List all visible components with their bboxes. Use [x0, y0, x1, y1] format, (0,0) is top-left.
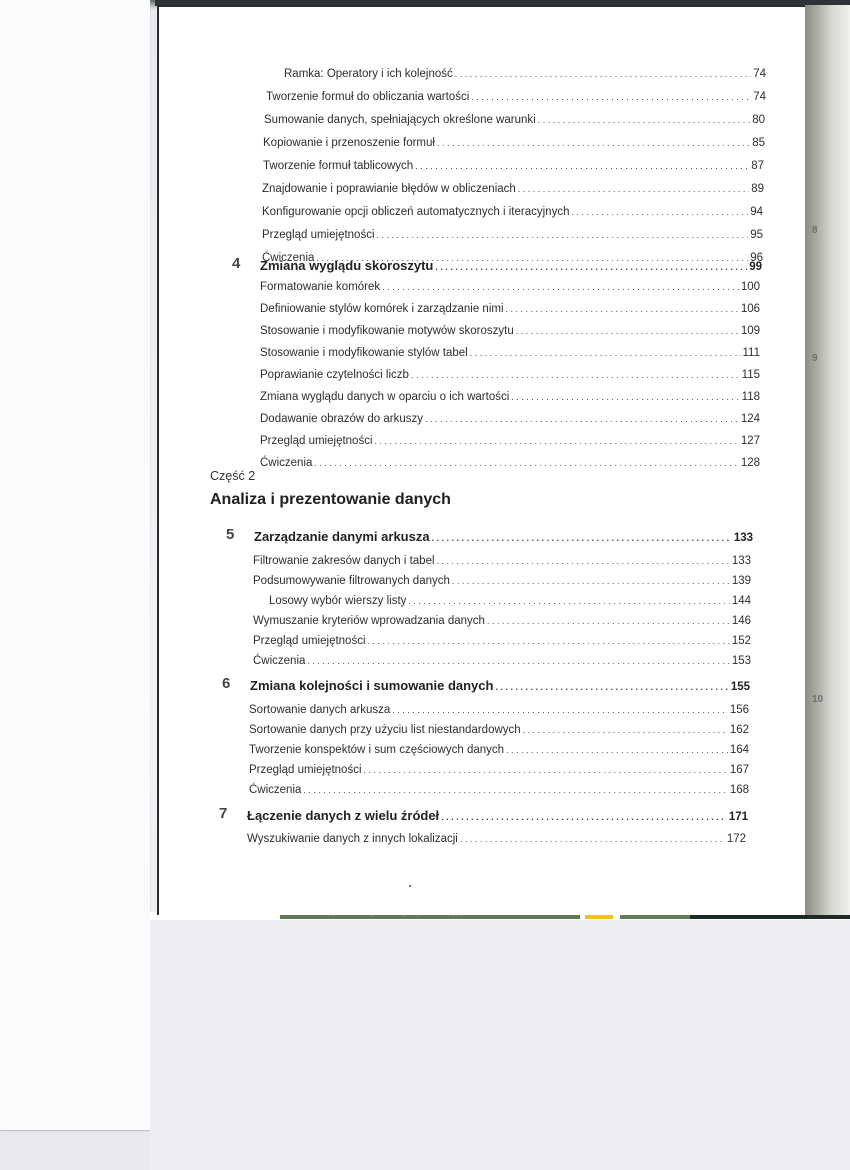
page-number: 144 — [732, 595, 751, 607]
dot-leader — [506, 304, 739, 314]
page-number: 171 — [729, 811, 748, 823]
toc-entry: Przegląd umiejętności167 — [249, 764, 749, 776]
dot-leader — [441, 812, 727, 822]
toc-entry: Ćwiczenia153 — [253, 655, 751, 667]
toc-entry: Tworzenie formuł do obliczania wartości7… — [266, 91, 766, 103]
dot-leader — [455, 69, 751, 79]
toc-entry: Definiowanie stylów komórek i zarządzani… — [260, 303, 760, 315]
dot-leader — [368, 636, 730, 646]
page-number: 167 — [730, 764, 749, 776]
dot-leader — [303, 785, 727, 795]
toc-entry: Tworzenie konspektów i sum częściowych d… — [249, 744, 749, 756]
toc-entry: Poprawianie czytelności liczb115 — [260, 369, 760, 381]
entry-title: Przegląd umiejętności — [260, 435, 373, 447]
page-number: 87 — [751, 160, 764, 172]
toc-entry: Sumowanie danych, spełniających określon… — [264, 114, 765, 126]
page-number: 95 — [750, 229, 763, 241]
entry-title: Definiowanie stylów komórek i zarządzani… — [260, 303, 504, 315]
entry-title: Filtrowanie zakresów danych i tabel — [253, 555, 435, 567]
toc-entry: Sortowanie danych arkusza156 — [249, 704, 749, 716]
toc-entry: Kopiowanie i przenoszenie formuł85 — [263, 137, 765, 149]
dot-leader — [408, 596, 729, 606]
toc-entry: Filtrowanie zakresów danych i tabel133 — [253, 555, 751, 567]
entry-title: Losowy wybór wierszy listy — [269, 595, 406, 607]
entry-title: Kopiowanie i przenoszenie formuł — [263, 137, 435, 149]
toc-entry: Formatowanie komórek100 — [260, 281, 760, 293]
page-number: 127 — [741, 435, 760, 447]
page-number: 152 — [732, 635, 751, 647]
dot-leader — [511, 392, 739, 402]
part-label: Część 2 — [210, 469, 255, 483]
dot-leader — [571, 207, 748, 217]
dot-leader — [538, 115, 751, 125]
toc-entry: Sortowanie danych przy użyciu list niest… — [249, 724, 749, 736]
entry-title: Ćwiczenia — [260, 457, 312, 469]
toc-entry: Podsumowywanie filtrowanych danych139 — [253, 575, 751, 587]
dot-leader — [415, 161, 749, 171]
entry-title: Przegląd umiejętności — [253, 635, 366, 647]
toc-entry: Przegląd umiejętności127 — [260, 435, 760, 447]
page-number: 100 — [741, 281, 760, 293]
entry-title: Poprawianie czytelności liczb — [260, 369, 409, 381]
entry-title: Ćwiczenia — [253, 655, 305, 667]
chapter-entry: Zarządzanie danymi arkusza133 — [254, 529, 753, 544]
dot-leader — [382, 282, 739, 292]
page-number: 80 — [752, 114, 765, 126]
toc-entry: Ćwiczenia168 — [249, 784, 749, 796]
toc-entry: Stosowanie i modyfikowanie motywów skoro… — [260, 325, 760, 337]
entry-title: Dodawanie obrazów do arkuszy — [260, 413, 423, 425]
chapter-entry: Łączenie danych z wielu źródeł171 — [247, 808, 748, 823]
page-number: 106 — [741, 303, 760, 315]
page-number: 109 — [741, 325, 760, 337]
page-number: 111 — [743, 347, 760, 359]
page-number: 133 — [734, 532, 753, 544]
toc-entry: Wymuszanie kryteriów wprowadzania danych… — [253, 615, 751, 627]
toc-entry: Wyszukiwanie danych z innych lokalizacji… — [247, 833, 746, 845]
page-number: 172 — [727, 833, 746, 845]
page-number: 89 — [751, 183, 764, 195]
dot-leader — [375, 436, 739, 446]
entry-title: Stosowanie i modyfikowanie stylów tabel — [260, 347, 468, 359]
entry-title: Ćwiczenia — [249, 784, 301, 796]
toc-entry: Ramka: Operatory i ich kolejność74 — [284, 68, 766, 80]
dot-leader — [377, 230, 749, 240]
dot-leader — [506, 745, 728, 755]
page-number: 115 — [742, 369, 760, 381]
chapter-entry: Zmiana kolejności i sumowanie danych155 — [250, 678, 750, 693]
dot-leader — [392, 705, 728, 715]
entry-title: Tworzenie konspektów i sum częściowych d… — [249, 744, 504, 756]
toc-entry: Zmiana wyglądu danych w oparciu o ich wa… — [260, 391, 760, 403]
chapter-number: 5 — [226, 526, 234, 543]
page-number: 124 — [741, 413, 760, 425]
toc-entry: Stosowanie i modyfikowanie stylów tabel1… — [260, 347, 760, 359]
entry-title: Wyszukiwanie danych z innych lokalizacji — [247, 833, 458, 845]
page-number: 162 — [730, 724, 749, 736]
page-number: 156 — [730, 704, 749, 716]
scan-speck — [409, 885, 411, 887]
page-number: 153 — [732, 655, 751, 667]
page-number: 118 — [742, 391, 760, 403]
toc-entry: Losowy wybór wierszy listy144 — [269, 595, 751, 607]
entry-title: Sortowanie danych przy użyciu list niest… — [249, 724, 521, 736]
page-number: 139 — [732, 575, 751, 587]
entry-title: Przegląd umiejętności — [249, 764, 362, 776]
entry-title: Konfigurowanie opcji obliczeń automatycz… — [262, 206, 569, 218]
entry-title: Ramka: Operatory i ich kolejność — [284, 68, 453, 80]
entry-title: Znajdowanie i poprawianie błędów w oblic… — [262, 183, 516, 195]
entry-title: Tworzenie formuł do obliczania wartości — [266, 91, 469, 103]
entry-title: Formatowanie komórek — [260, 281, 380, 293]
dot-leader — [425, 414, 739, 424]
page-number: 164 — [730, 744, 749, 756]
dot-leader — [437, 138, 750, 148]
dot-leader — [437, 556, 730, 566]
dot-leader — [495, 682, 728, 692]
toc-entry: Konfigurowanie opcji obliczeń automatycz… — [262, 206, 763, 218]
entry-title: Sortowanie danych arkusza — [249, 704, 390, 716]
dot-leader — [471, 92, 751, 102]
page-number: 168 — [730, 784, 749, 796]
chapter-number: 4 — [232, 255, 240, 272]
entry-title: Wymuszanie kryteriów wprowadzania danych — [253, 615, 485, 627]
table-of-contents: Ramka: Operatory i ich kolejność74Tworze… — [0, 0, 850, 1170]
dot-leader — [452, 576, 730, 586]
chapter-title: Zmiana kolejności i sumowanie danych — [250, 678, 493, 693]
entry-title: Stosowanie i modyfikowanie motywów skoro… — [260, 325, 514, 337]
entry-title: Przegląd umiejętności — [262, 229, 375, 241]
toc-entry: Znajdowanie i poprawianie błędów w oblic… — [262, 183, 764, 195]
chapter-title: Łączenie danych z wielu źródeł — [247, 808, 439, 823]
entry-title: Podsumowywanie filtrowanych danych — [253, 575, 450, 587]
page-number: 128 — [741, 457, 760, 469]
dot-leader — [487, 616, 730, 626]
toc-entry: Przegląd umiejętności95 — [262, 229, 763, 241]
page-number: 74 — [753, 91, 766, 103]
dot-leader — [314, 458, 738, 468]
page-number: 85 — [752, 137, 765, 149]
toc-entry: Ćwiczenia128 — [260, 457, 760, 469]
chapter-number: 6 — [222, 675, 230, 692]
toc-entry: Dodawanie obrazów do arkuszy124 — [260, 413, 760, 425]
chapter-title: Zarządzanie danymi arkusza — [254, 529, 430, 544]
page-number: 133 — [732, 555, 751, 567]
entry-title: Tworzenie formuł tablicowych — [263, 160, 413, 172]
dot-leader — [411, 370, 740, 380]
dot-leader — [470, 348, 741, 358]
dot-leader — [435, 262, 747, 272]
dot-leader — [518, 184, 749, 194]
dot-leader — [307, 656, 729, 666]
chapter-number: 7 — [219, 805, 227, 822]
dot-leader — [523, 725, 728, 735]
toc-entry: Tworzenie formuł tablicowych87 — [263, 160, 764, 172]
chapter-entry: Zmiana wyglądu skoroszytu99 — [260, 258, 762, 273]
part-title: Analiza i prezentowanie danych — [210, 491, 451, 509]
dot-leader — [364, 765, 728, 775]
chapter-title: Zmiana wyglądu skoroszytu — [260, 258, 433, 273]
page-number: 74 — [753, 68, 766, 80]
toc-entry: Przegląd umiejętności152 — [253, 635, 751, 647]
entry-title: Sumowanie danych, spełniających określon… — [264, 114, 536, 126]
page-number: 146 — [732, 615, 751, 627]
page-number: 99 — [749, 261, 762, 273]
dot-leader — [516, 326, 739, 336]
dot-leader — [460, 834, 725, 844]
page-number: 94 — [750, 206, 763, 218]
page-number: 155 — [731, 681, 750, 693]
entry-title: Zmiana wyglądu danych w oparciu o ich wa… — [260, 391, 509, 403]
dot-leader — [432, 533, 732, 543]
